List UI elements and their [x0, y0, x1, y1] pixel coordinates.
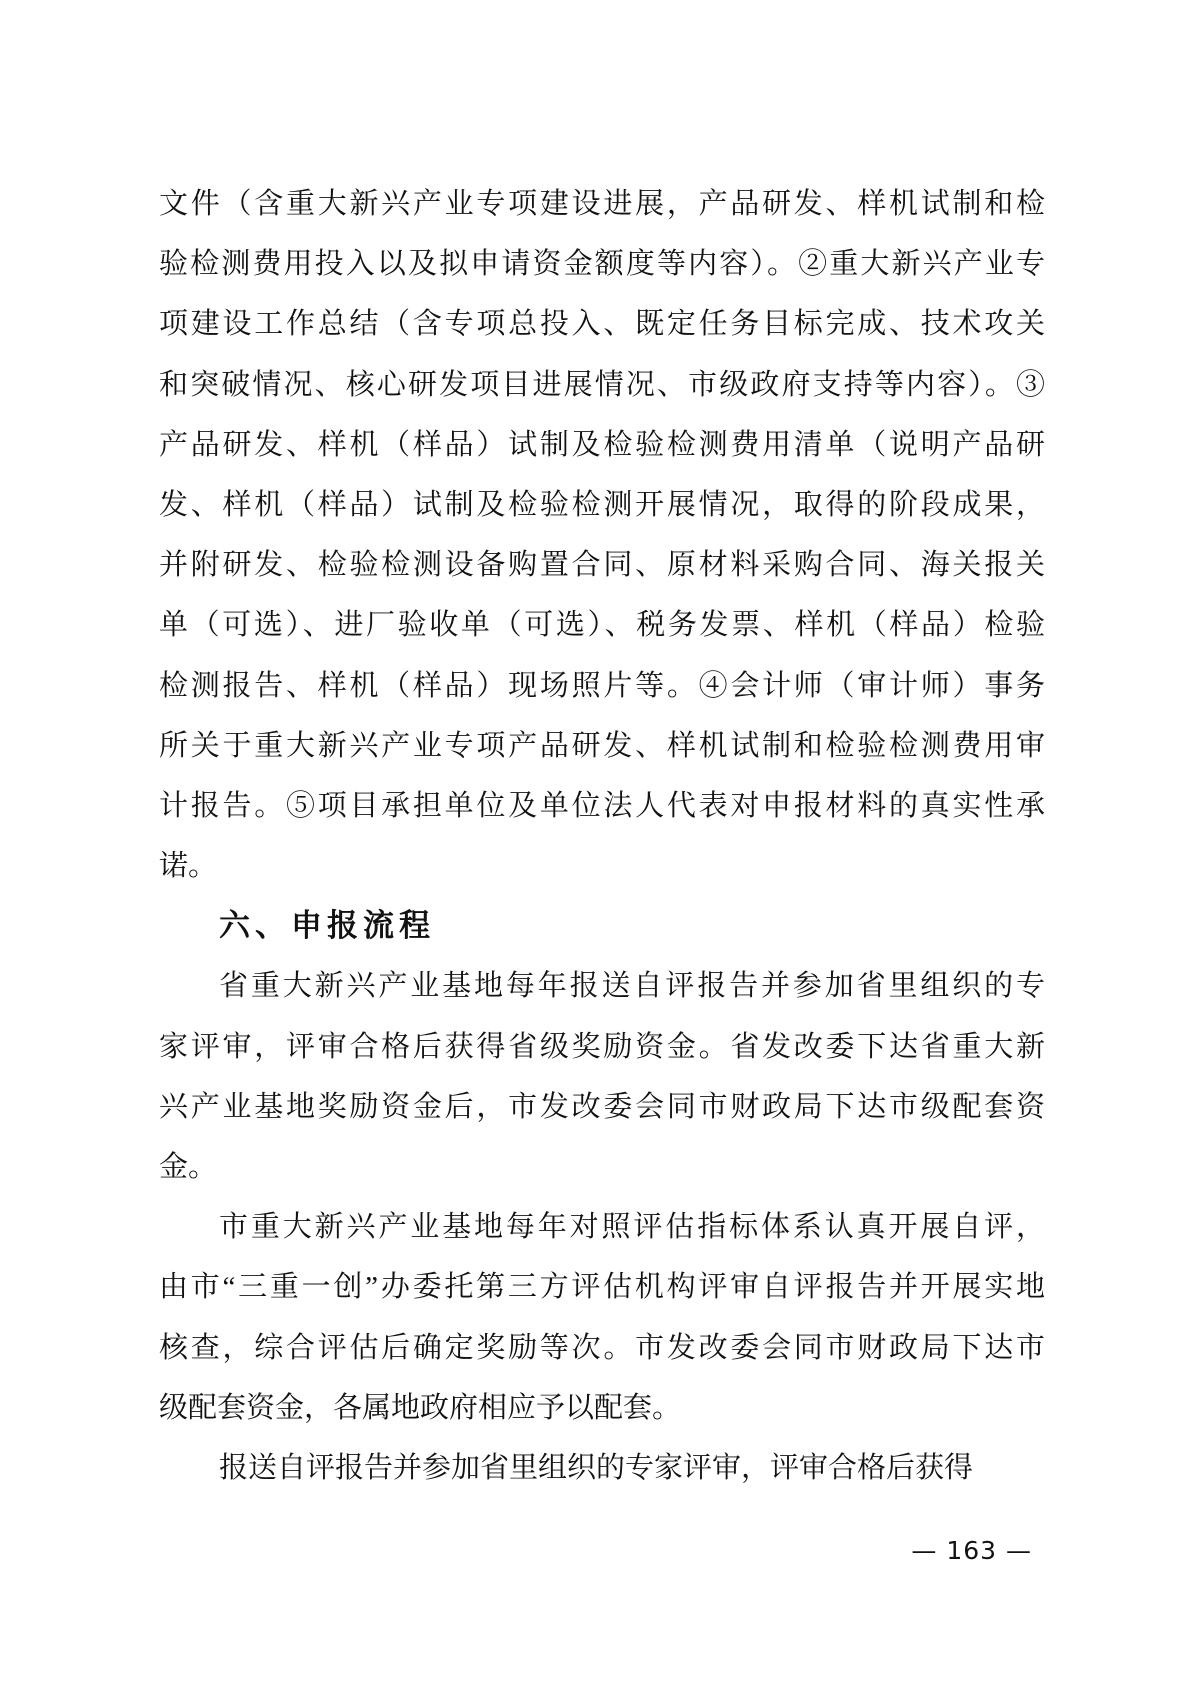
- text-line: 兴产业基地奖励资金后，市发改委会同市财政局下达市级配套资: [159, 1077, 1045, 1137]
- section-heading: 六、申报流程: [159, 896, 1045, 956]
- page-number: — 163 —: [840, 1534, 1032, 1568]
- text-line: 单（可选）、进厂验收单（可选）、税务发票、样机（样品）检验: [159, 595, 1045, 655]
- text-line: 级配套资金，各属地政府相应予以配套。: [159, 1378, 1045, 1438]
- text-block: 文件（含重大新兴产业专项建设进展，产品研发、样机试制和检验检测费用投入以及拟申请…: [159, 174, 1045, 1498]
- text-line: 验检测费用投入以及拟申请资金额度等内容）。②重大新兴产业专: [159, 234, 1045, 294]
- text-line: 核查，综合评估后确定奖励等次。市发改委会同市财政局下达市: [159, 1318, 1045, 1378]
- text-line: 由市“三重一创”办委托第三方评估机构评审自评报告并开展实地: [159, 1257, 1045, 1317]
- text-line: 诺。: [159, 836, 1045, 896]
- document-page: 文件（含重大新兴产业专项建设进展，产品研发、样机试制和检验检测费用投入以及拟申请…: [0, 0, 1190, 1683]
- text-line: 金。: [159, 1137, 1045, 1197]
- text-line: 并附研发、检验检测设备购置合同、原材料采购合同、海关报关: [159, 535, 1045, 595]
- text-line: 省重大新兴产业基地每年报送自评报告并参加省里组织的专: [159, 956, 1045, 1016]
- text-line: 文件（含重大新兴产业专项建设进展，产品研发、样机试制和检: [159, 174, 1045, 234]
- text-line: 市重大新兴产业基地每年对照评估指标体系认真开展自评，: [159, 1197, 1045, 1257]
- text-line: 计报告。⑤项目承担单位及单位法人代表对申报材料的真实性承: [159, 776, 1045, 836]
- text-line: 项建设工作总结（含专项总投入、既定任务目标完成、技术攻关: [159, 294, 1045, 354]
- text-line: 产品研发、样机（样品）试制及检验检测费用清单（说明产品研: [159, 415, 1045, 475]
- text-line: 检测报告、样机（样品）现场照片等。④会计师（审计师）事务: [159, 656, 1045, 716]
- text-line: 发、样机（样品）试制及检验检测开展情况，取得的阶段成果，: [159, 475, 1045, 535]
- text-line: 所关于重大新兴产业专项产品研发、样机试制和检验检测费用审: [159, 716, 1045, 776]
- text-line: 家评审，评审合格后获得省级奖励资金。省发改委下达省重大新: [159, 1017, 1045, 1077]
- text-line: 报送自评报告并参加省里组织的专家评审，评审合格后获得: [159, 1438, 1045, 1498]
- text-line: 和突破情况、核心研发项目进展情况、市级政府支持等内容）。③: [159, 355, 1045, 415]
